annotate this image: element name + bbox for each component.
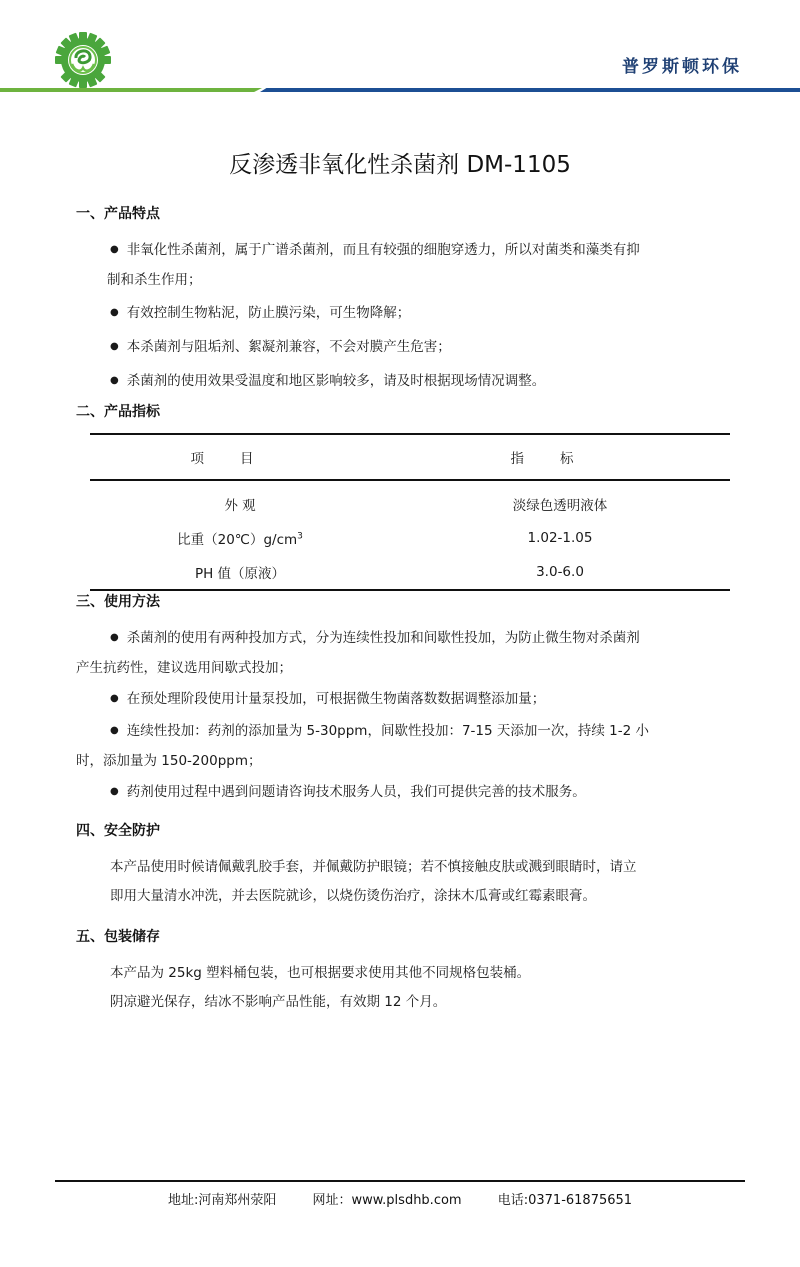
list-item-continuation: 制和杀生作用； bbox=[107, 266, 730, 295]
storage-text: 本产品为 25kg 塑料桶包装，也可根据要求使用其他不同规格包装桶。 阴凉避光保… bbox=[110, 959, 740, 1017]
gear-leaf-logo-icon bbox=[55, 32, 111, 88]
list-item: 有效控制生物粘泥，防止膜污染，可生物降解； bbox=[110, 299, 730, 329]
header-divider-blue bbox=[260, 88, 800, 92]
spec-table: 项目 指标 外 观 淡绿色透明液体 比重（20℃）g/cm3 1.02-1.05… bbox=[90, 433, 730, 591]
list-item: 连续性投加：药剂的添加量为 5-30ppm，间歇性投加：7-15 天添加一次，持… bbox=[76, 717, 736, 747]
footer-divider bbox=[55, 1180, 745, 1182]
list-item: 杀菌剂的使用有两种投加方式，分为连续性投加和间歇性投加，为防止微生物对杀菌剂 bbox=[76, 624, 736, 654]
page-header: 普罗斯顿环保 bbox=[0, 0, 800, 100]
section-heading-usage: 三、使用方法 bbox=[76, 591, 160, 611]
table-row: 外 观 淡绿色透明液体 bbox=[90, 487, 730, 521]
footer-website: 网址：www.plsdhb.com bbox=[312, 1193, 461, 1208]
table-row: 比重（20℃）g/cm3 1.02-1.05 bbox=[90, 521, 730, 555]
list-item: 本杀菌剂与阻垢剂、絮凝剂兼容，不会对膜产生危害； bbox=[110, 333, 730, 363]
list-item: 非氧化性杀菌剂，属于广谱杀菌剂，而且有较强的细胞穿透力，所以对菌类和藻类有抑 bbox=[110, 236, 730, 266]
section-heading-safety: 四、安全防护 bbox=[76, 820, 160, 840]
column-header-item: 项目 bbox=[90, 447, 390, 467]
section-heading-storage: 五、包装储存 bbox=[76, 926, 160, 946]
footer-phone: 电话:0371-61875651 bbox=[498, 1193, 632, 1208]
section-heading-specs: 二、产品指标 bbox=[76, 401, 160, 421]
table-header-row: 项目 指标 bbox=[90, 435, 730, 479]
column-header-value: 指标 bbox=[390, 447, 730, 467]
list-item-continuation: 时，添加量为 150-200ppm； bbox=[76, 747, 736, 776]
list-item-continuation: 产生抗药性，建议选用间歇式投加； bbox=[76, 654, 736, 683]
list-item: 在预处理阶段使用计量泵投加，可根据微生物菌落数数据调整添加量； bbox=[76, 685, 736, 715]
features-list: 非氧化性杀菌剂，属于广谱杀菌剂，而且有较强的细胞穿透力，所以对菌类和藻类有抑 制… bbox=[110, 236, 730, 397]
table-row: PH 值（原液） 3.0-6.0 bbox=[90, 555, 730, 589]
list-item: 杀菌剂的使用效果受温度和地区影响较多，请及时根据现场情况调整。 bbox=[110, 367, 730, 397]
header-divider-green bbox=[0, 88, 262, 92]
brand-name: 普罗斯顿环保 bbox=[622, 52, 742, 77]
usage-list: 杀菌剂的使用有两种投加方式，分为连续性投加和间歇性投加，为防止微生物对杀菌剂 产… bbox=[76, 624, 736, 808]
footer-address: 地址:河南郑州荥阳 bbox=[168, 1193, 276, 1208]
document-title: 反渗透非氧化性杀菌剂 DM-1105 bbox=[0, 146, 800, 179]
table-rule-bottom bbox=[90, 589, 730, 591]
page-footer: 地址:河南郑州荥阳 网址：www.plsdhb.com 电话:0371-6187… bbox=[0, 1189, 800, 1208]
safety-text: 本产品使用时候请佩戴乳胶手套，并佩戴防护眼镜；若不慎接触皮肤或溅到眼睛时，请立 … bbox=[110, 853, 740, 911]
section-heading-features: 一、产品特点 bbox=[76, 203, 160, 223]
list-item: 药剂使用过程中遇到问题请咨询技术服务人员，我们可提供完善的技术服务。 bbox=[76, 778, 736, 808]
